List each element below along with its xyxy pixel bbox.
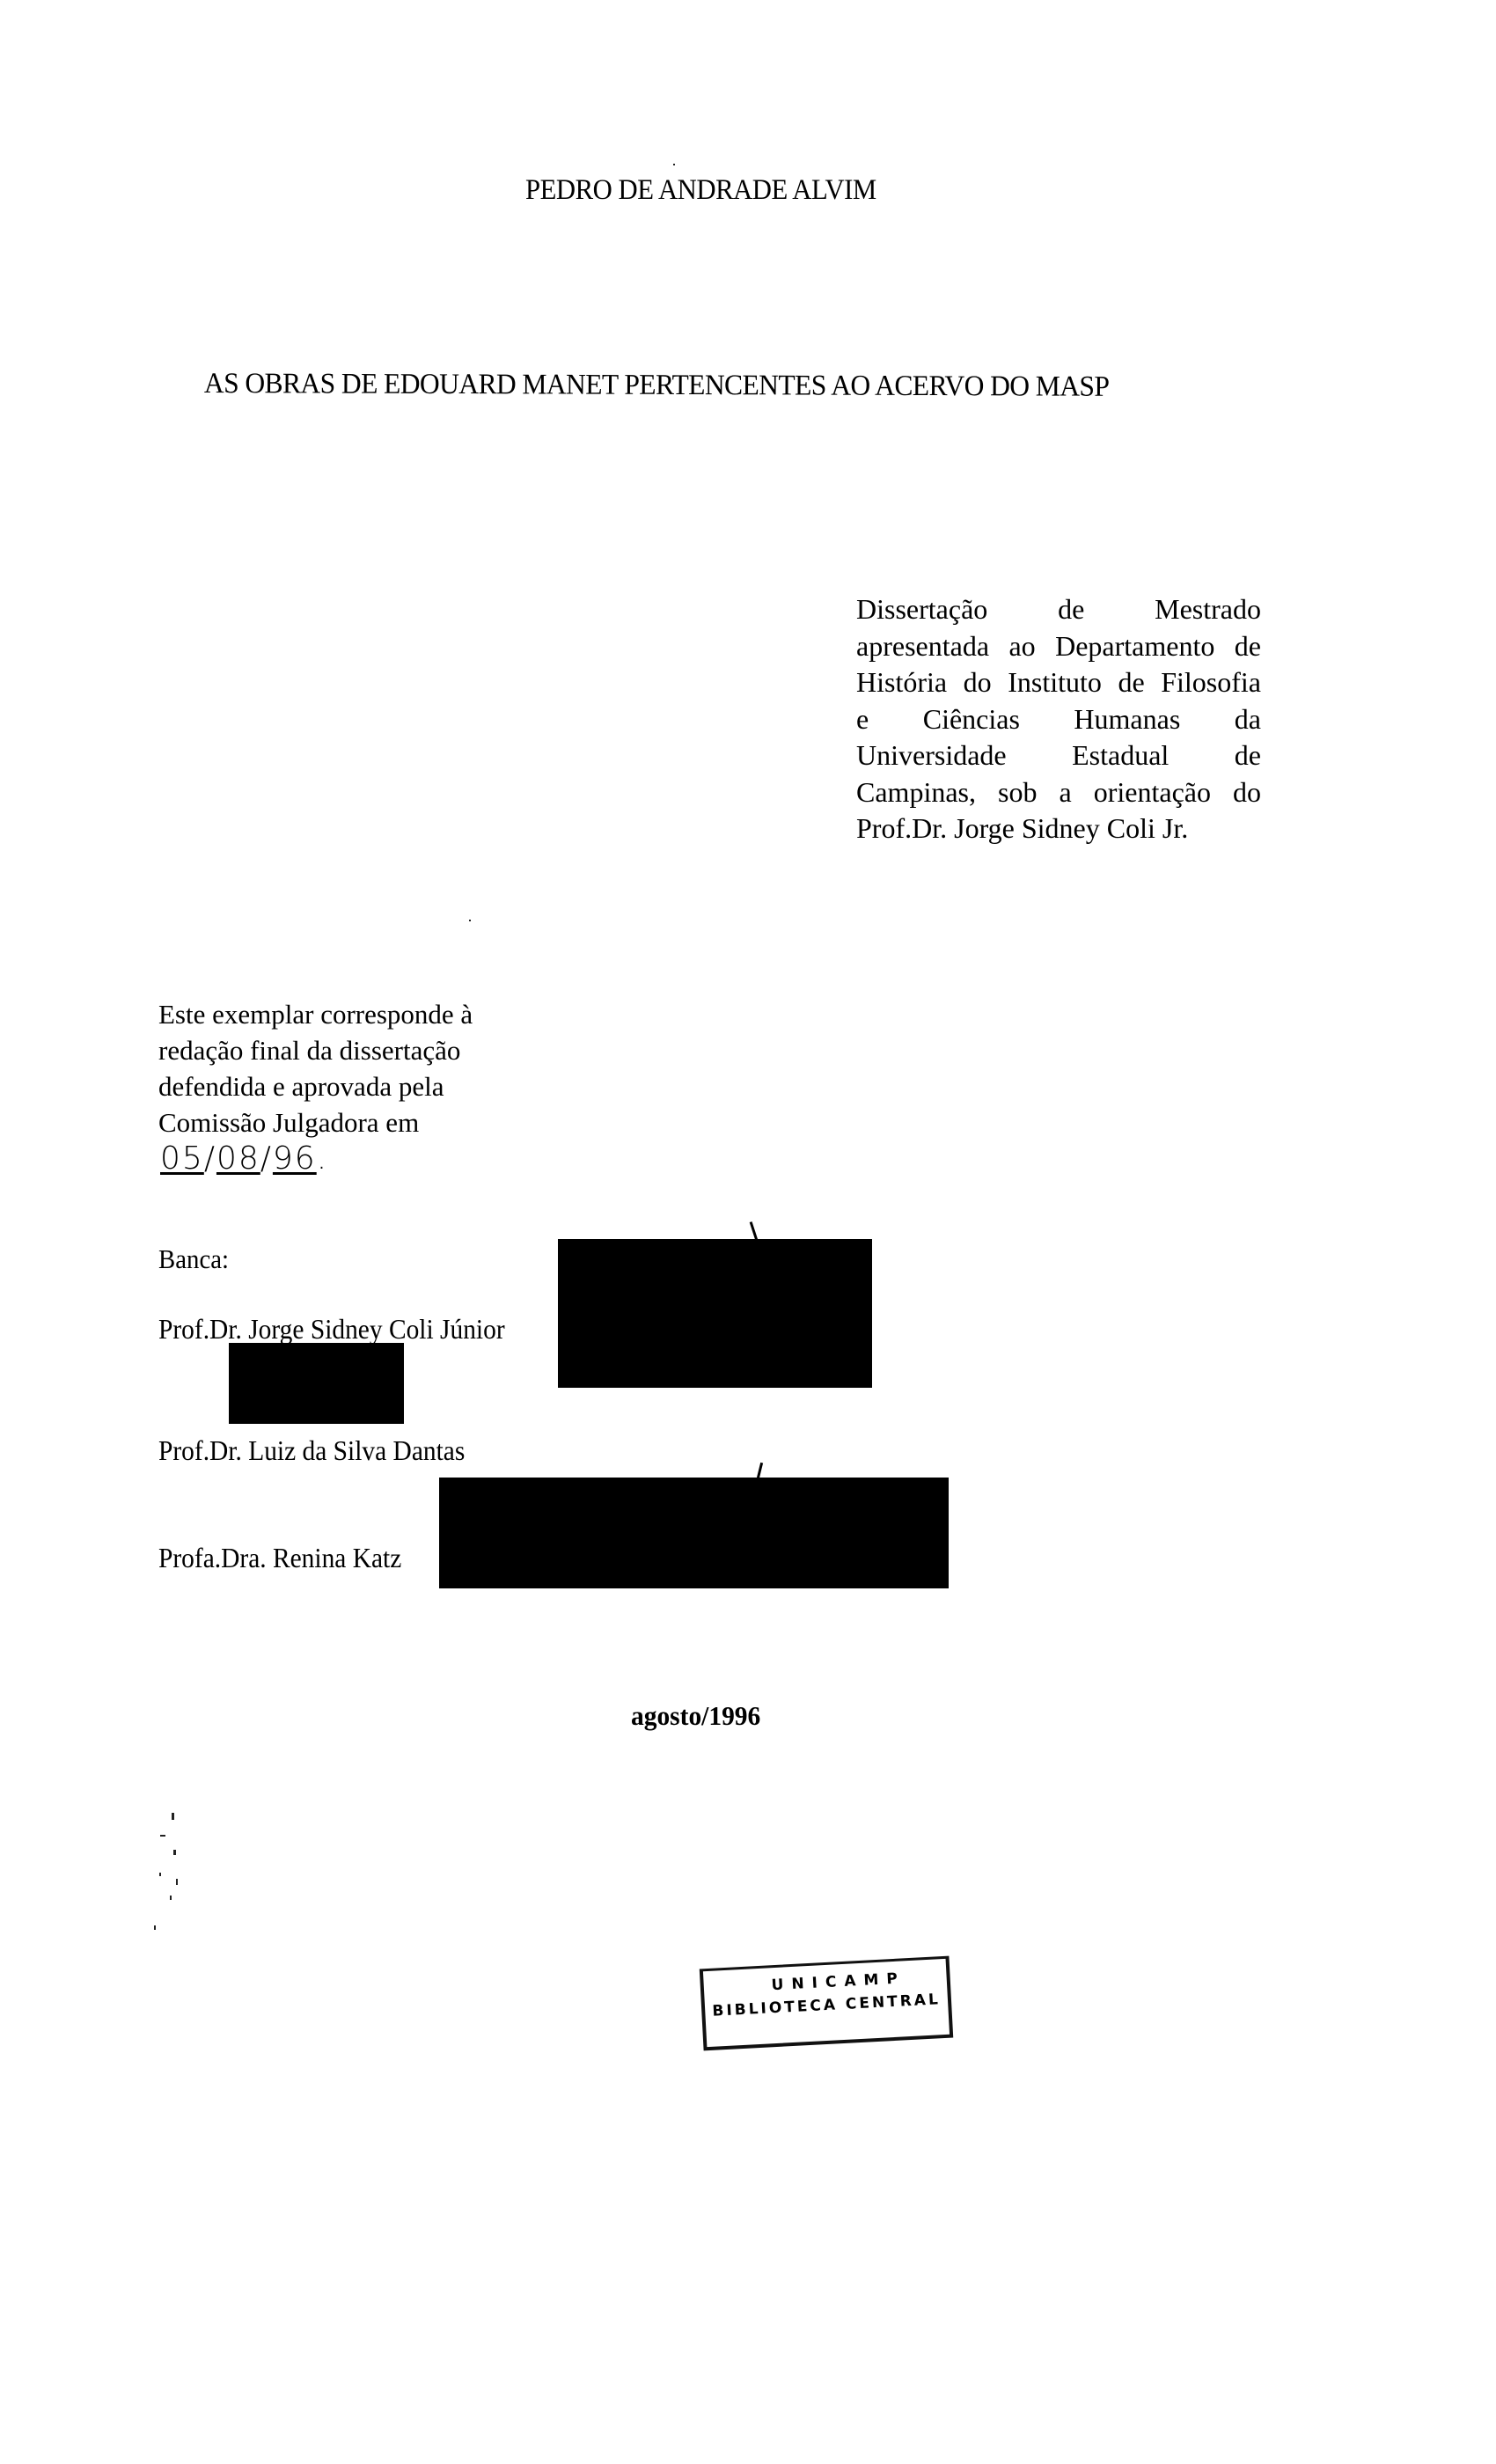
signature-mark xyxy=(750,1221,759,1241)
scan-speck xyxy=(160,1835,165,1837)
date-separator: / xyxy=(204,1140,216,1177)
dissertation-title: AS OBRAS DE EDOUARD MANET PERTENCENTES A… xyxy=(204,368,1110,404)
approval-statement: Este exemplar corresponde à redação fina… xyxy=(158,996,473,1140)
scan-speck xyxy=(673,164,675,165)
banca-member: Profa.Dra. Renina Katz xyxy=(158,1542,401,1574)
description-line: Prof.Dr. Jorge Sidney Coli Jr. xyxy=(856,810,1261,847)
approval-line: Este exemplar corresponde à xyxy=(158,996,473,1032)
banca-member: Prof.Dr. Jorge Sidney Coli Júnior xyxy=(158,1313,505,1346)
date-month: 08 xyxy=(216,1140,260,1177)
library-stamp: UNICAMP BIBLIOTECA CENTRAL xyxy=(700,1956,953,2051)
date-trailing: . xyxy=(317,1140,328,1177)
description-line: Dissertação de Mestrado xyxy=(856,591,1261,628)
scan-speck xyxy=(154,1925,156,1930)
scan-speck xyxy=(172,1813,174,1820)
description-line: Campinas, sob a orientação do xyxy=(856,774,1261,811)
approval-line: redação final da dissertação xyxy=(158,1032,473,1068)
approval-line: Comissão Julgadora em xyxy=(158,1104,473,1140)
dissertation-description: Dissertação de Mestrado apresentada ao D… xyxy=(856,591,1261,847)
redacted-signature xyxy=(439,1478,949,1588)
date-year: 96 xyxy=(273,1140,317,1177)
approval-line: defendida e aprovada pela xyxy=(158,1068,473,1104)
author-name: PEDRO DE ANDRADE ALVIM xyxy=(525,174,876,207)
signature-mark xyxy=(757,1463,763,1478)
description-line: apresentada ao Departamento de xyxy=(856,628,1261,665)
description-line: e Ciências Humanas da xyxy=(856,701,1261,738)
handwritten-approval-date: 05/08/96. xyxy=(160,1140,328,1177)
redacted-signature xyxy=(229,1343,404,1424)
banca-member: Prof.Dr. Luiz da Silva Dantas xyxy=(158,1434,465,1467)
redacted-signature xyxy=(558,1239,872,1388)
scan-speck xyxy=(173,1850,176,1855)
scan-speck xyxy=(170,1896,172,1900)
scan-speck xyxy=(176,1879,178,1885)
banca-label: Banca: xyxy=(158,1243,229,1275)
footer-date: agosto/1996 xyxy=(631,1700,760,1732)
date-separator: / xyxy=(260,1140,273,1177)
description-line: História do Instituto de Filosofia xyxy=(856,664,1261,701)
description-line: Universidade Estadual de xyxy=(856,737,1261,774)
scan-speck xyxy=(159,1873,161,1876)
date-day: 05 xyxy=(160,1140,204,1177)
scan-speck xyxy=(469,920,471,921)
